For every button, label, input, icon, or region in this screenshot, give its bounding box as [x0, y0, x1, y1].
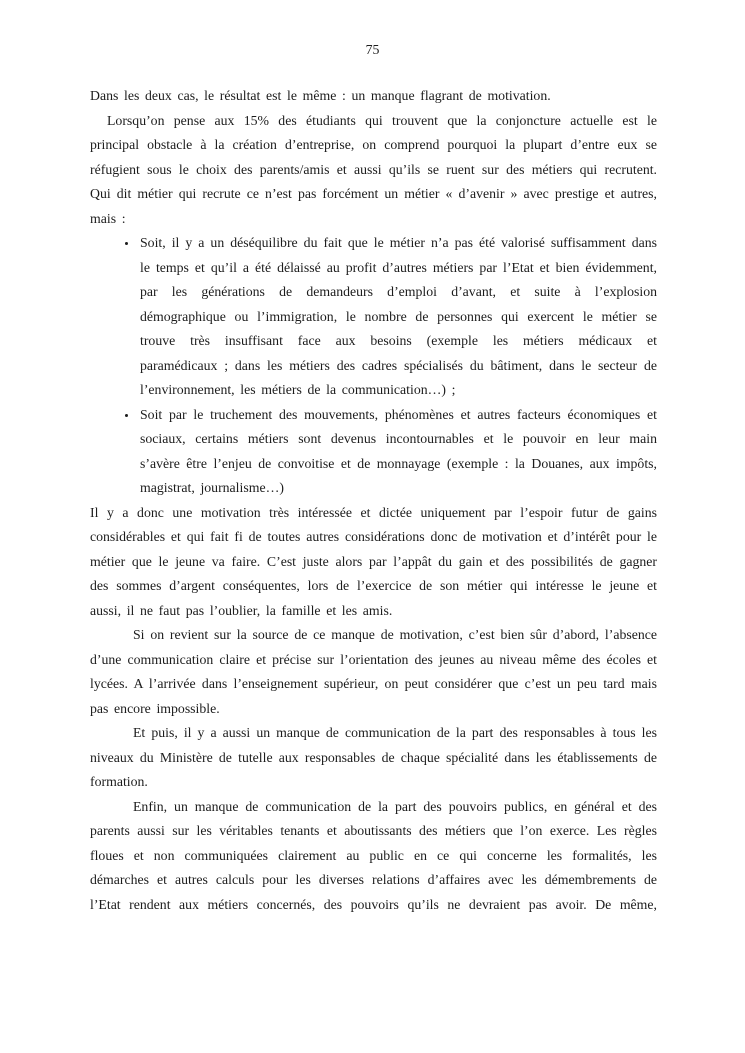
- paragraph-context: Lorsqu’on pense aux 15% des étudiants qu…: [90, 109, 657, 232]
- page-number: 75: [0, 40, 745, 59]
- document-body: Dans les deux cas, le résultat est le mê…: [90, 84, 657, 917]
- paragraph-motivation-interessee: Il y a donc une motivation très intéress…: [90, 501, 657, 624]
- bullet-item-desequilibre: Soit, il y a un déséquilibre du fait que…: [138, 231, 657, 403]
- document-page: 75 Dans les deux cas, le résultat est le…: [0, 0, 745, 1053]
- paragraph-pouvoirs-publics: Enfin, un manque de communication de la …: [90, 795, 657, 918]
- bullet-list: Soit, il y a un déséquilibre du fait que…: [90, 231, 657, 501]
- paragraph-result: Dans les deux cas, le résultat est le mê…: [90, 84, 657, 109]
- bullet-item-truchement: Soit par le truchement des mouvements, p…: [138, 403, 657, 501]
- paragraph-source-manque: Si on revient sur la source de ce manque…: [90, 623, 657, 721]
- paragraph-responsables: Et puis, il y a aussi un manque de commu…: [90, 721, 657, 795]
